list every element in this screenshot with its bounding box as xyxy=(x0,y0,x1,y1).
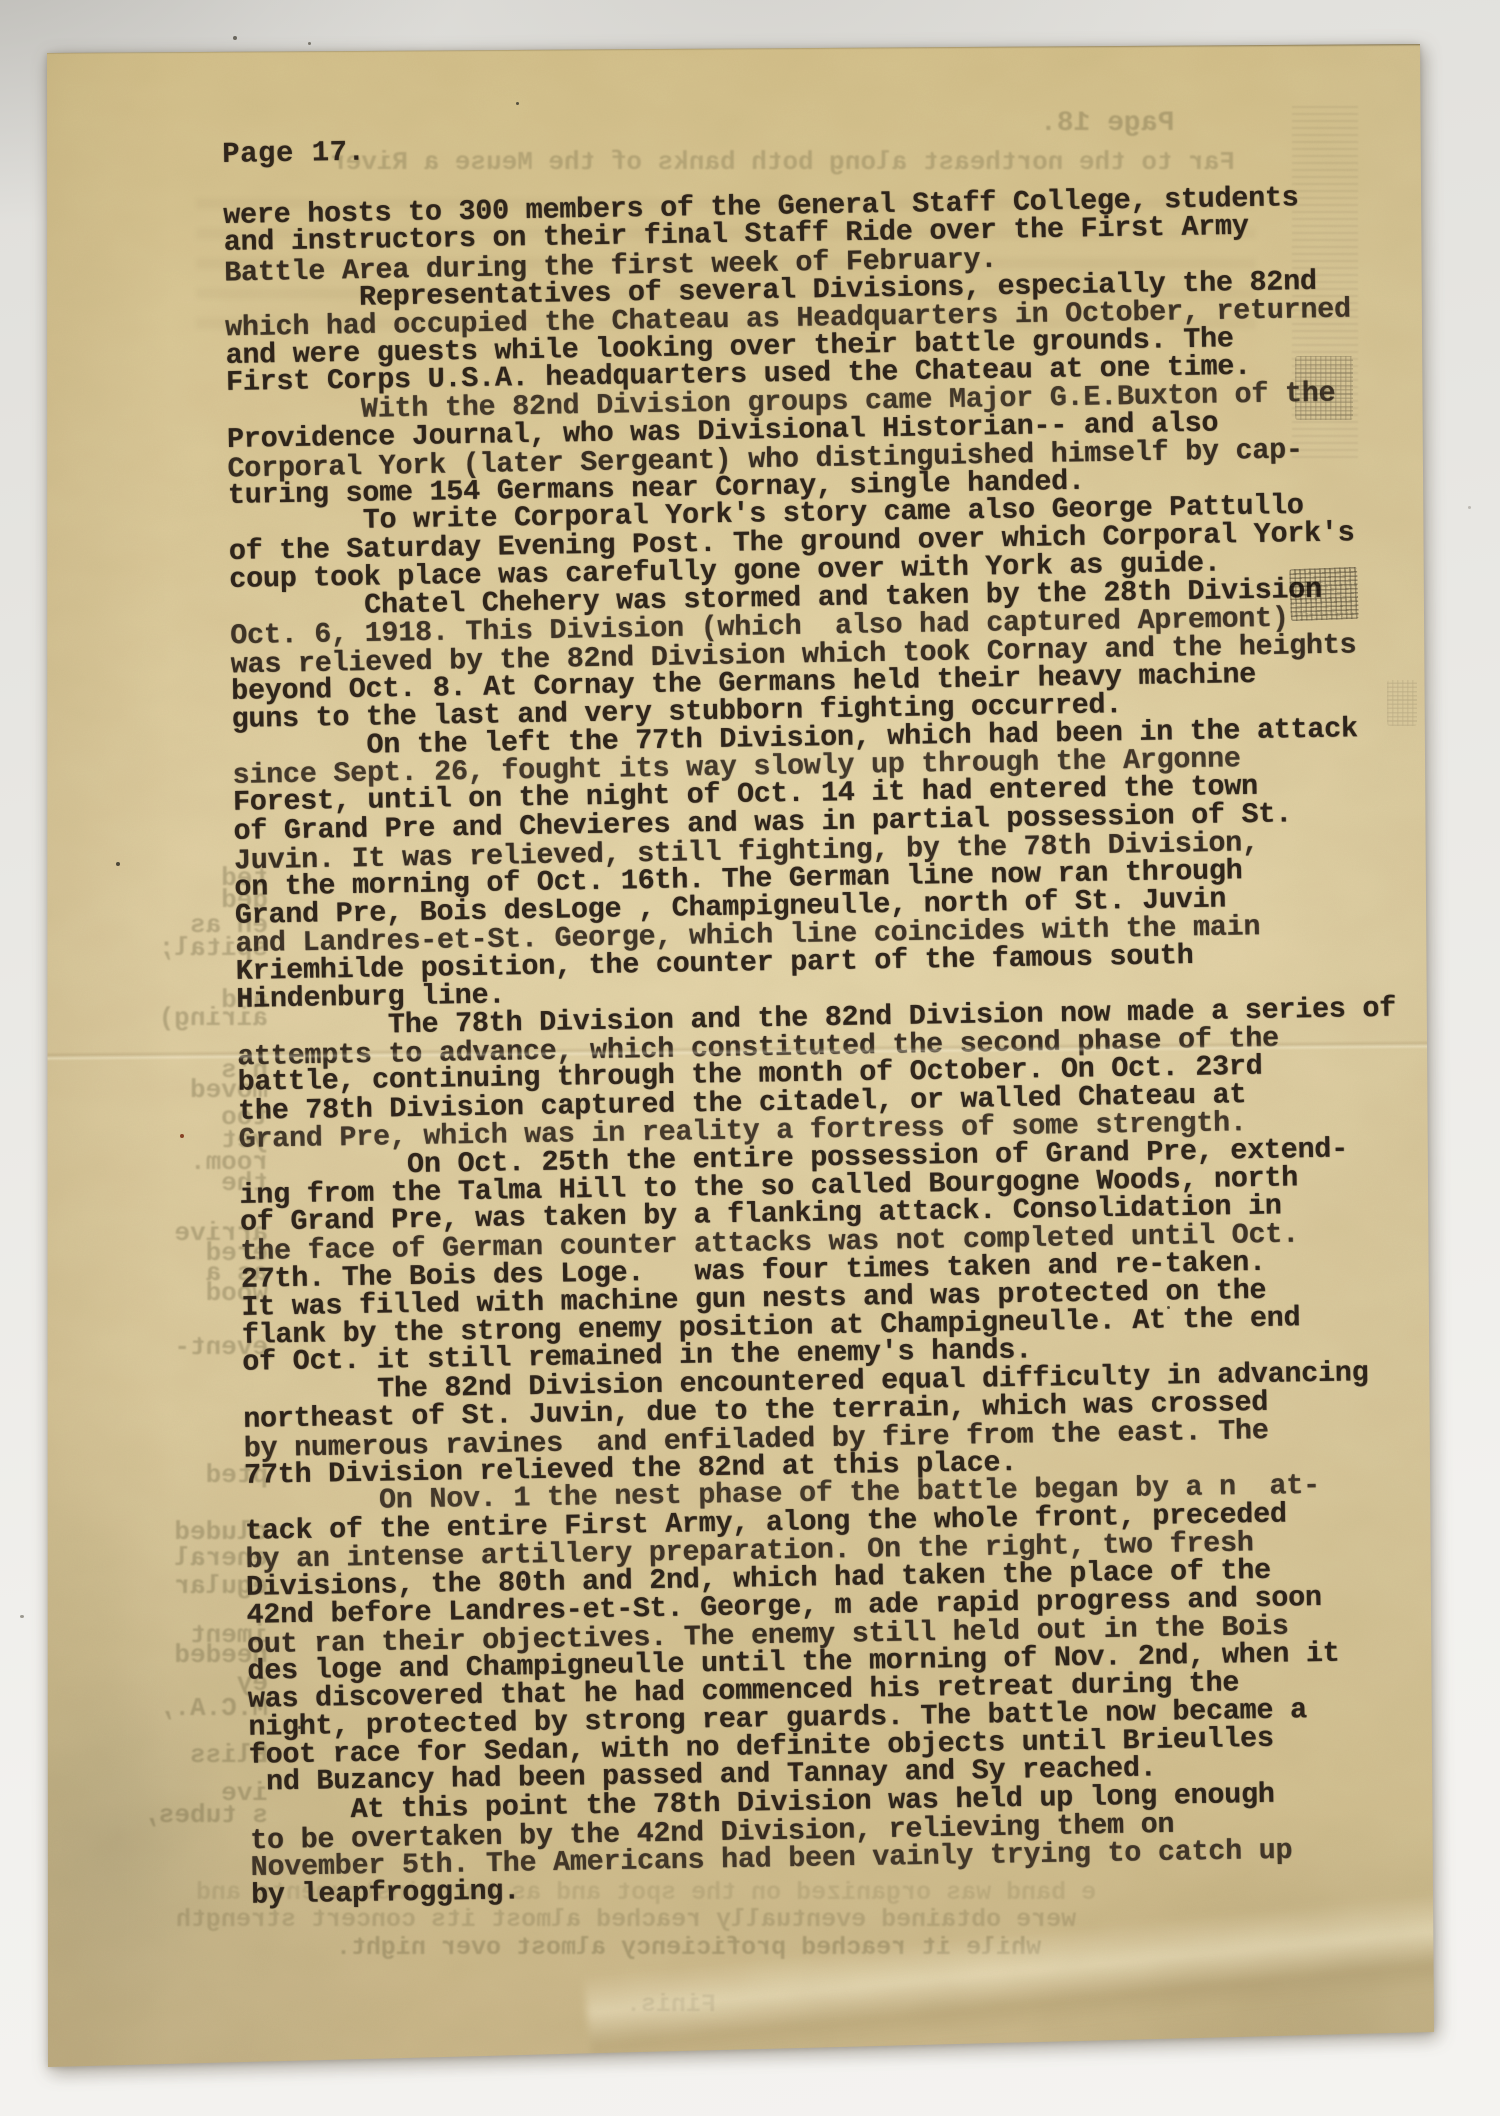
ink-speck xyxy=(588,1602,591,1605)
ink-smudge xyxy=(1295,356,1353,420)
document-page: Page 18.Far to the northeast along both … xyxy=(46,44,1434,2068)
ink-speck xyxy=(1167,1306,1170,1309)
typed-text-block: Page 17. were hosts to 300 members of th… xyxy=(222,121,1411,1910)
ink-speck xyxy=(298,1726,301,1729)
ink-speck xyxy=(180,1134,184,1138)
ink-speck xyxy=(516,102,519,105)
scanned-document-screenshot: { "colors": { "paper": "#dccb9e", "ink":… xyxy=(0,0,1500,2116)
ink-speck xyxy=(116,862,120,866)
ink-smudge xyxy=(1289,567,1359,621)
ink-smudge xyxy=(1387,680,1417,726)
paper-shadow-wrap: Page 18.Far to the northeast along both … xyxy=(0,0,1500,2116)
